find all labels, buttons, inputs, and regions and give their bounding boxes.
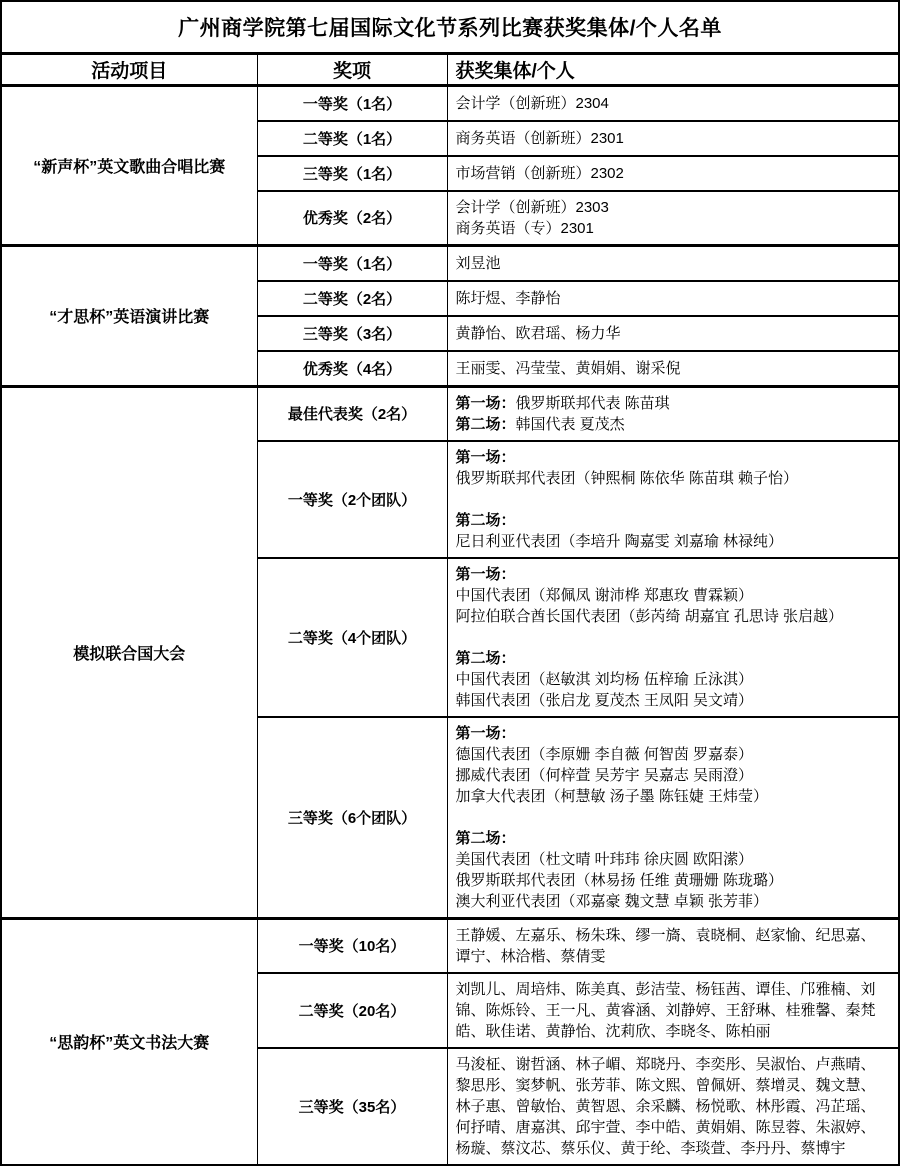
winners-cell: 黄静怡、欧君瑶、杨力华	[447, 316, 899, 351]
activity-cell: “新声杯”英文歌曲合唱比赛	[1, 85, 257, 245]
winners-text: 韩国代表 夏茂杰	[516, 416, 625, 433]
session-label: 第一场：	[456, 725, 516, 742]
winners-blank-line	[456, 807, 891, 828]
winners-text: 俄罗斯联邦代表团（林易扬 任维 黄珊姗 陈珑璐）	[456, 872, 784, 889]
activity-cell: “才思杯”英语演讲比赛	[1, 245, 257, 386]
winners-cell: 刘凯儿、周培炜、陈美真、彭洁莹、杨钰茜、谭佳、邝雅楠、刘锦、陈烁铃、王一凡、黄睿…	[447, 973, 899, 1048]
winners-line: 俄罗斯联邦代表团（钟熙桐 陈依华 陈苗琪 赖子怡）	[456, 468, 891, 489]
winners-line: 商务英语（专）2301	[456, 218, 891, 239]
winners-text: 俄罗斯联邦代表团（钟熙桐 陈依华 陈苗琪 赖子怡）	[456, 470, 799, 487]
activity-cell: 模拟联合国大会	[1, 386, 257, 918]
winners-line: 会计学（创新班）2304	[456, 93, 891, 114]
session-label: 第二场：	[456, 830, 516, 847]
winners-text: 王静媛、左嘉乐、杨朱珠、缪一旖、袁晓桐、赵家愉、纪思嘉、谭宁、林洽楷、蔡倩雯	[456, 927, 876, 965]
winners-line: 市场营销（创新班）2302	[456, 163, 891, 184]
winners-text: 中国代表团（郑佩凤 谢沛桦 郑惠玫 曹霖颖）	[456, 587, 754, 604]
column-header-award: 奖项	[257, 53, 447, 85]
winners-line: 韩国代表团（张启龙 夏茂杰 王凤阳 吴文靖）	[456, 690, 891, 711]
winners-text: 刘昱池	[456, 255, 501, 272]
table-body: 广州商学院第七届国际文化节系列比赛获奖集体/个人名单 活动项目 奖项 获奖集体/…	[1, 1, 899, 1165]
session-label: 第二场：	[456, 416, 516, 433]
column-header-row: 活动项目 奖项 获奖集体/个人	[1, 53, 899, 85]
winners-cell: 商务英语（创新班）2301	[447, 121, 899, 156]
winners-text: 商务英语（专）2301	[456, 220, 594, 237]
session-label: 第二场：	[456, 512, 516, 529]
winners-text: 澳大利亚代表团（邓嘉豪 魏文慧 卓颖 张芳菲）	[456, 893, 769, 910]
award-row: “思韵杯”英文书法大赛一等奖（10名）王静媛、左嘉乐、杨朱珠、缪一旖、袁晓桐、赵…	[1, 918, 899, 973]
winners-line: 美国代表团（杜文晴 叶玮玮 徐庆圆 欧阳潆）	[456, 849, 891, 870]
winners-line: 陈圩煜、李静怡	[456, 288, 891, 309]
award-label-cell: 优秀奖（2名）	[257, 191, 447, 246]
winners-text: 会计学（创新班）2304	[456, 95, 609, 112]
column-header-activity: 活动项目	[1, 53, 257, 85]
award-label-cell: 三等奖（3名）	[257, 316, 447, 351]
session-label: 第二场：	[456, 650, 516, 667]
winners-line: 第一场：俄罗斯联邦代表 陈苗琪	[456, 393, 891, 414]
winners-line: 中国代表团（郑佩凤 谢沛桦 郑惠玫 曹霖颖）	[456, 585, 891, 606]
winners-cell: 第一场：德国代表团（李原姗 李自薇 何智茵 罗嘉泰）挪威代表团（何梓萱 吴芳宇 …	[447, 717, 899, 919]
award-label-cell: 一等奖（1名）	[257, 85, 447, 121]
winners-text: 阿拉伯联合酋长国代表团（彭芮绮 胡嘉宜 孔思诗 张启越）	[456, 608, 844, 625]
award-label-cell: 三等奖（35名）	[257, 1048, 447, 1165]
winners-line: 尼日利亚代表团（李培升 陶嘉雯 刘嘉瑜 林禄纯）	[456, 531, 891, 552]
winners-line: 刘昱池	[456, 253, 891, 274]
winners-line: 第二场：	[456, 510, 891, 531]
winners-text: 德国代表团（李原姗 李自薇 何智茵 罗嘉泰）	[456, 746, 754, 763]
winners-line: 澳大利亚代表团（邓嘉豪 魏文慧 卓颖 张芳菲）	[456, 891, 891, 912]
winners-line: 中国代表团（赵敏淇 刘均杨 伍梓瑜 丘泳淇）	[456, 669, 891, 690]
winners-line: 王静媛、左嘉乐、杨朱珠、缪一旖、袁晓桐、赵家愉、纪思嘉、谭宁、林洽楷、蔡倩雯	[456, 925, 891, 967]
winners-text: 黄静怡、欧君瑶、杨力华	[456, 325, 621, 342]
winners-cell: 刘昱池	[447, 245, 899, 281]
award-label-cell: 三等奖（1名）	[257, 156, 447, 191]
winners-cell: 第一场：俄罗斯联邦代表团（钟熙桐 陈依华 陈苗琪 赖子怡）第二场：尼日利亚代表团…	[447, 441, 899, 558]
winners-text: 刘凯儿、周培炜、陈美真、彭洁莹、杨钰茜、谭佳、邝雅楠、刘锦、陈烁铃、王一凡、黄睿…	[456, 981, 876, 1040]
award-row: 模拟联合国大会最佳代表奖（2名）第一场：俄罗斯联邦代表 陈苗琪第二场：韩国代表 …	[1, 386, 899, 441]
winners-cell: 王静媛、左嘉乐、杨朱珠、缪一旖、袁晓桐、赵家愉、纪思嘉、谭宁、林洽楷、蔡倩雯	[447, 918, 899, 973]
winners-text: 挪威代表团（何梓萱 吴芳宇 吴嘉志 吴雨澄）	[456, 767, 754, 784]
winners-text: 中国代表团（赵敏淇 刘均杨 伍梓瑜 丘泳淇）	[456, 671, 754, 688]
winners-line: 德国代表团（李原姗 李自薇 何智茵 罗嘉泰）	[456, 744, 891, 765]
winners-line: 第一场：	[456, 447, 891, 468]
winners-cell: 会计学（创新班）2304	[447, 85, 899, 121]
winners-text: 市场营销（创新班）2302	[456, 165, 624, 182]
winners-line: 刘凯儿、周培炜、陈美真、彭洁莹、杨钰茜、谭佳、邝雅楠、刘锦、陈烁铃、王一凡、黄睿…	[456, 979, 891, 1042]
session-label: 第一场：	[456, 449, 516, 466]
session-label: 第一场：	[456, 566, 516, 583]
winners-blank-line	[456, 627, 891, 648]
award-label-cell: 一等奖（2个团队）	[257, 441, 447, 558]
winners-text: 加拿大代表团（柯慧敏 汤子墨 陈钰婕 王炜莹）	[456, 788, 769, 805]
winners-line: 黄静怡、欧君瑶、杨力华	[456, 323, 891, 344]
winners-cell: 陈圩煜、李静怡	[447, 281, 899, 316]
title-row: 广州商学院第七届国际文化节系列比赛获奖集体/个人名单	[1, 1, 899, 53]
winners-line: 阿拉伯联合酋长国代表团（彭芮绮 胡嘉宜 孔思诗 张启越）	[456, 606, 891, 627]
winners-line: 会计学（创新班）2303	[456, 197, 891, 218]
winners-line: 马浚柾、谢哲涵、林子嵋、郑晓丹、李奕彤、吴淑怡、卢燕晴、黎思彤、窦梦帆、张芳菲、…	[456, 1054, 891, 1159]
winners-line: 第一场：	[456, 723, 891, 744]
award-label-cell: 三等奖（6个团队）	[257, 717, 447, 919]
winners-line: 挪威代表团（何梓萱 吴芳宇 吴嘉志 吴雨澄）	[456, 765, 891, 786]
winners-line: 俄罗斯联邦代表团（林易扬 任维 黄珊姗 陈珑璐）	[456, 870, 891, 891]
winners-cell: 第一场：俄罗斯联邦代表 陈苗琪第二场：韩国代表 夏茂杰	[447, 386, 899, 441]
page-title: 广州商学院第七届国际文化节系列比赛获奖集体/个人名单	[1, 1, 899, 53]
winners-cell: 会计学（创新班）2303商务英语（专）2301	[447, 191, 899, 246]
winners-text: 商务英语（创新班）2301	[456, 130, 624, 147]
award-label-cell: 二等奖（20名）	[257, 973, 447, 1048]
winners-text: 俄罗斯联邦代表 陈苗琪	[516, 395, 670, 412]
award-label-cell: 优秀奖（4名）	[257, 351, 447, 387]
winners-line: 王丽雯、冯莹莹、黄娟娟、谢采倪	[456, 358, 891, 379]
winners-line: 加拿大代表团（柯慧敏 汤子墨 陈钰婕 王炜莹）	[456, 786, 891, 807]
award-label-cell: 二等奖（1名）	[257, 121, 447, 156]
winners-text: 会计学（创新班）2303	[456, 199, 609, 216]
winners-text: 美国代表团（杜文晴 叶玮玮 徐庆圆 欧阳潆）	[456, 851, 754, 868]
awards-table: 广州商学院第七届国际文化节系列比赛获奖集体/个人名单 活动项目 奖项 获奖集体/…	[0, 0, 900, 1166]
winners-text: 马浚柾、谢哲涵、林子嵋、郑晓丹、李奕彤、吴淑怡、卢燕晴、黎思彤、窦梦帆、张芳菲、…	[456, 1056, 876, 1157]
award-label-cell: 一等奖（10名）	[257, 918, 447, 973]
award-row: “才思杯”英语演讲比赛一等奖（1名）刘昱池	[1, 245, 899, 281]
winners-cell: 王丽雯、冯莹莹、黄娟娟、谢采倪	[447, 351, 899, 387]
winners-line: 第二场：韩国代表 夏茂杰	[456, 414, 891, 435]
winners-text: 陈圩煜、李静怡	[456, 290, 561, 307]
winners-text: 韩国代表团（张启龙 夏茂杰 王凤阳 吴文靖）	[456, 692, 754, 709]
winners-blank-line	[456, 489, 891, 510]
award-label-cell: 一等奖（1名）	[257, 245, 447, 281]
award-row: “新声杯”英文歌曲合唱比赛一等奖（1名）会计学（创新班）2304	[1, 85, 899, 121]
activity-cell: “思韵杯”英文书法大赛	[1, 918, 257, 1165]
winners-cell: 马浚柾、谢哲涵、林子嵋、郑晓丹、李奕彤、吴淑怡、卢燕晴、黎思彤、窦梦帆、张芳菲、…	[447, 1048, 899, 1165]
winners-cell: 市场营销（创新班）2302	[447, 156, 899, 191]
winners-cell: 第一场：中国代表团（郑佩凤 谢沛桦 郑惠玫 曹霖颖）阿拉伯联合酋长国代表团（彭芮…	[447, 558, 899, 717]
winners-line: 商务英语（创新班）2301	[456, 128, 891, 149]
session-label: 第一场：	[456, 395, 516, 412]
column-header-winners: 获奖集体/个人	[447, 53, 899, 85]
winners-line: 第二场：	[456, 828, 891, 849]
winners-text: 尼日利亚代表团（李培升 陶嘉雯 刘嘉瑜 林禄纯）	[456, 533, 784, 550]
award-label-cell: 二等奖（4个团队）	[257, 558, 447, 717]
award-label-cell: 二等奖（2名）	[257, 281, 447, 316]
winners-line: 第一场：	[456, 564, 891, 585]
winners-line: 第二场：	[456, 648, 891, 669]
winners-text: 王丽雯、冯莹莹、黄娟娟、谢采倪	[456, 360, 681, 377]
award-label-cell: 最佳代表奖（2名）	[257, 386, 447, 441]
